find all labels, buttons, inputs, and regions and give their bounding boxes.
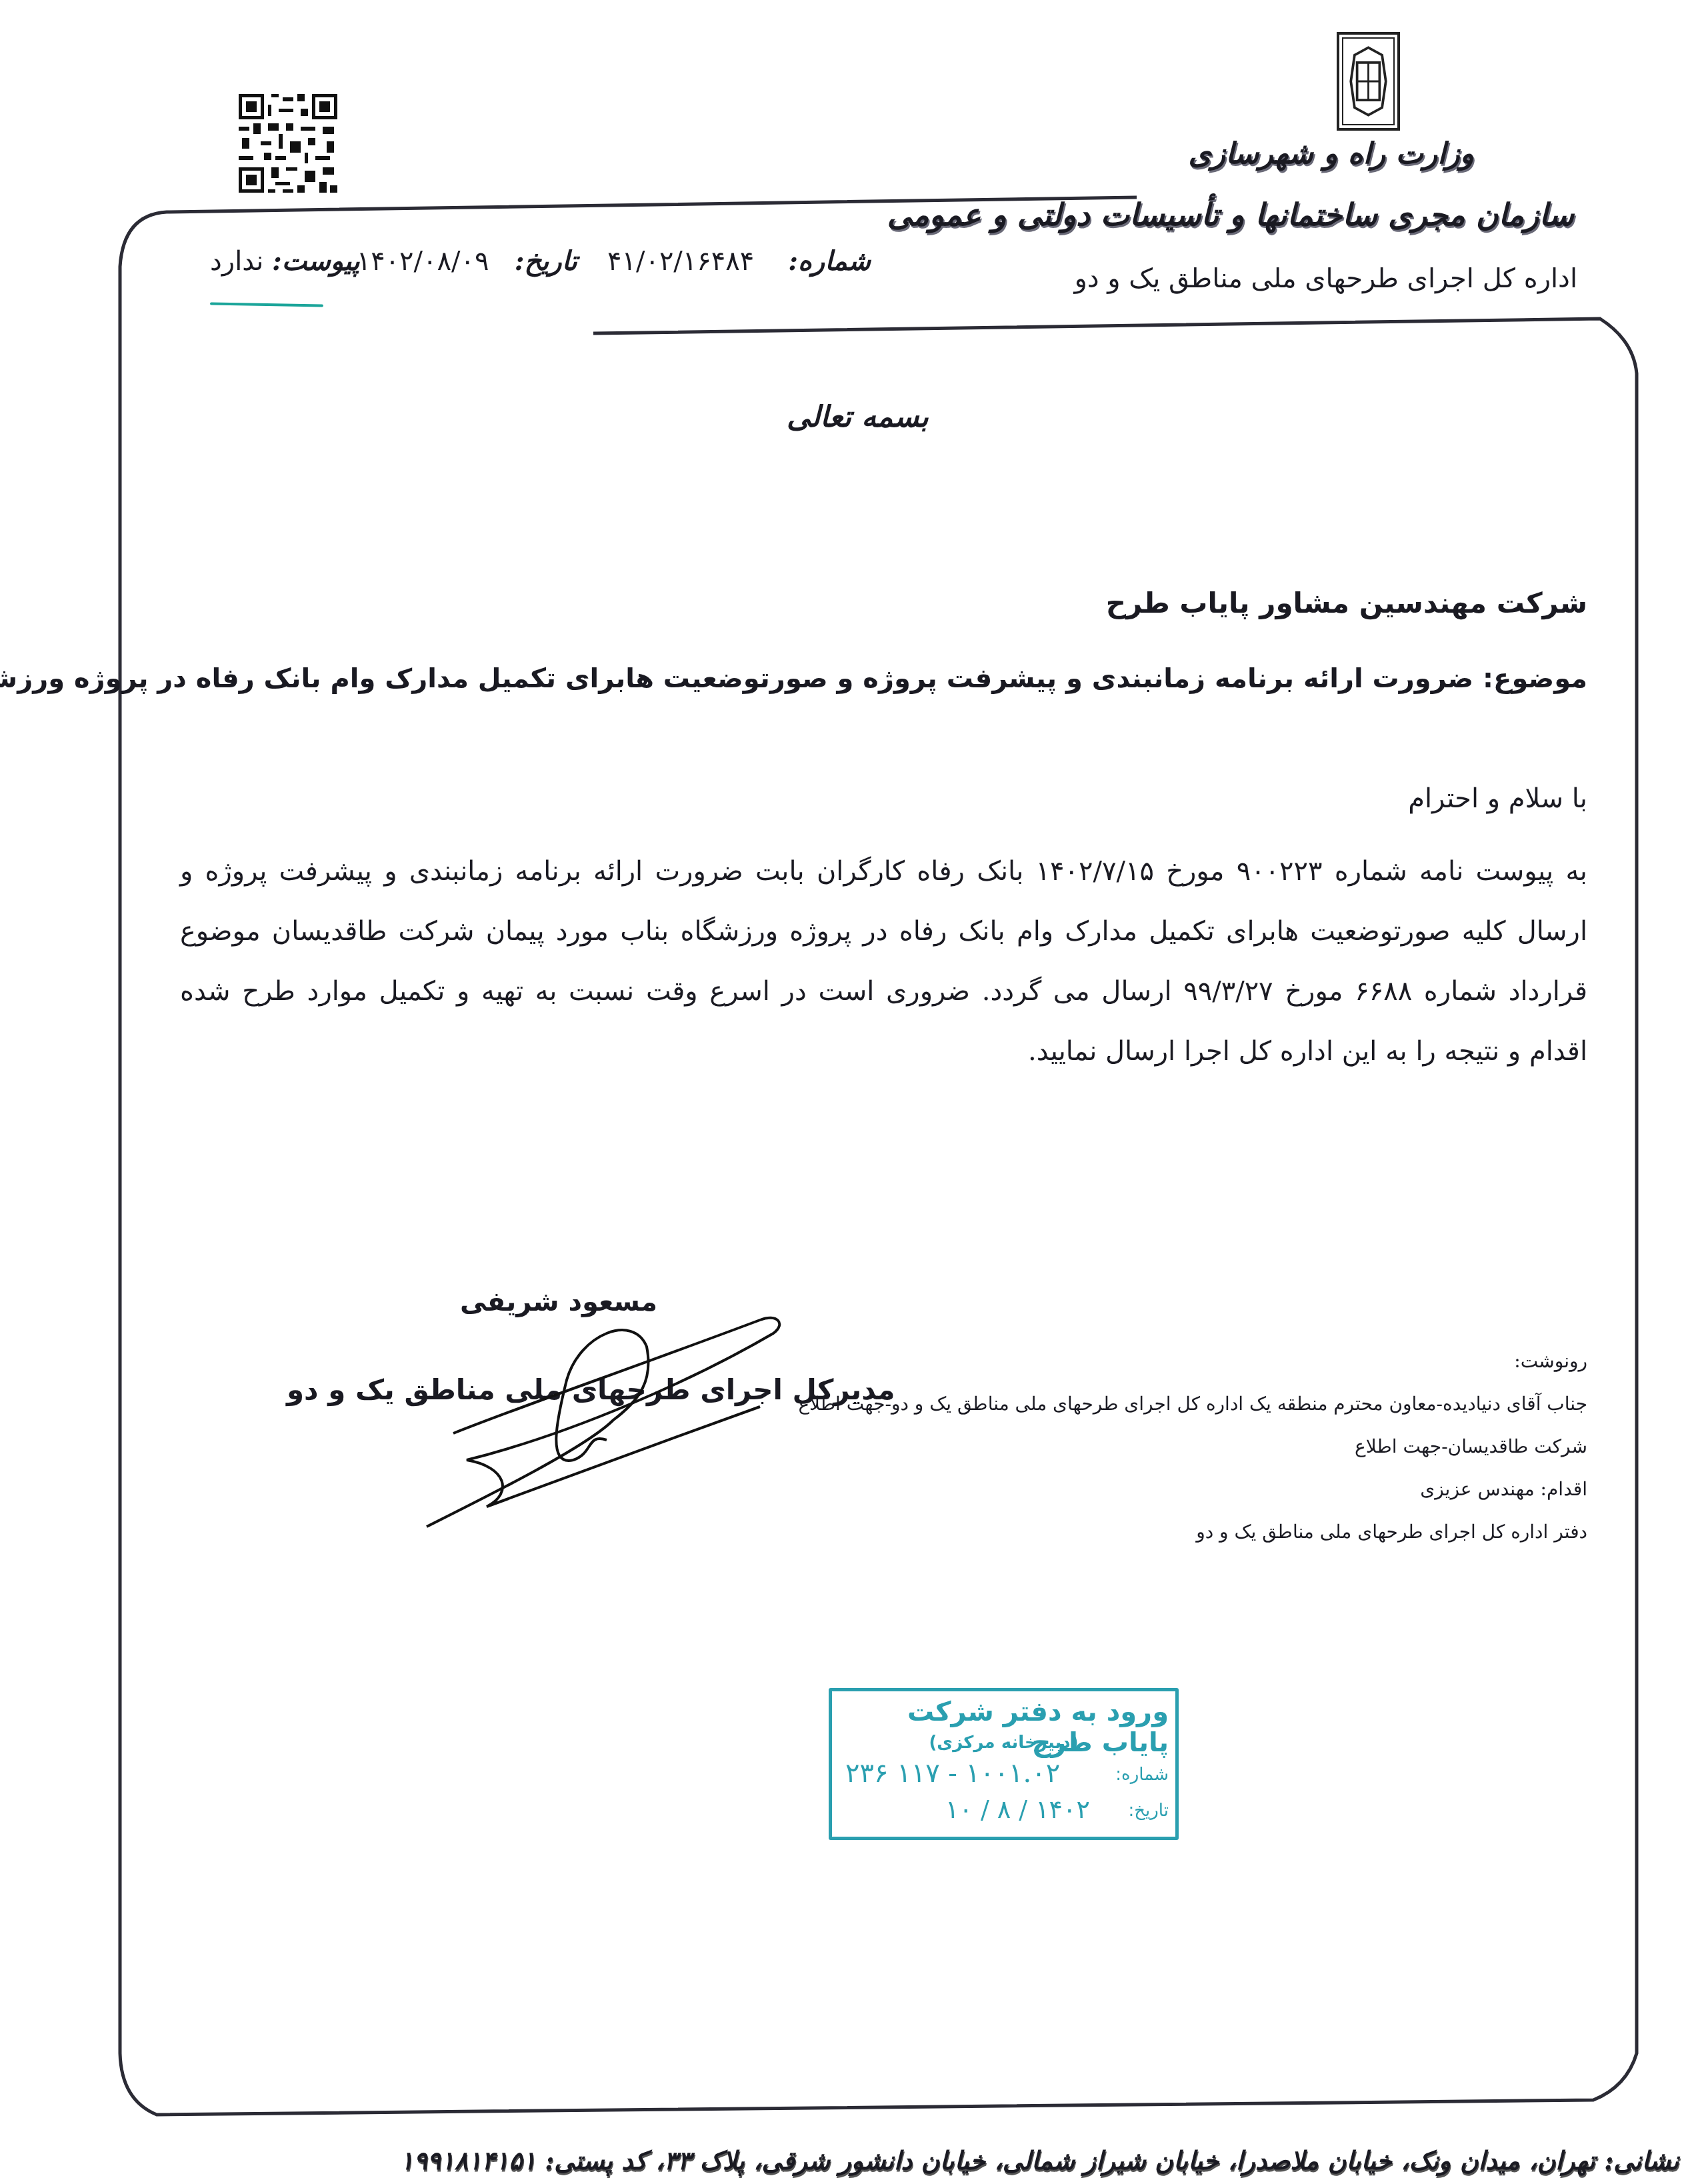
organization-name: سازمان مجری ساختمانها و تأسیسات دولتی و … [887, 197, 1574, 233]
stamp-date-value: ۱۴۰۲ / ۸ / ۱۰ [945, 1795, 1090, 1824]
date-label: تاریخ: [515, 245, 577, 277]
cc-item: جناب آقای دنیادیده-معاون محترم منطقه یک … [798, 1383, 1587, 1425]
receipt-stamp: ورود به دفتر شرکت پایاب طرح (دبیرخانه مر… [829, 1688, 1179, 1840]
date-value: ۱۴۰۲/۰۸/۰۹ [357, 246, 489, 277]
letter-body: به پیوست نامه شماره ۹۰۰۲۲۳ مورخ ۱۴۰۲/۷/۱… [180, 841, 1587, 1081]
stamp-number-value: ۱۰۰۱.۰۲ - ۱۱۷ ۲۳۶ [845, 1758, 1060, 1789]
cc-list: رونوشت: جناب آقای دنیادیده-معاون محترم م… [798, 1340, 1587, 1553]
letter-attachment: پیوست: ندارد [210, 245, 360, 277]
number-value: ۴۱/۰۲/۱۶۴۸۴ [607, 246, 754, 277]
letter-date: تاریخ: ۱۴۰۲/۰۸/۰۹ [357, 245, 577, 277]
attachment-label: پیوست: [272, 245, 359, 277]
cc-item: شرکت طاقدیسان-جهت اطلاع [798, 1425, 1587, 1468]
letter-number: شماره: ۴۱/۰۲/۱۶۴۸۴ [607, 245, 871, 277]
number-label: شماره: [788, 245, 871, 277]
basmala: بسمه تعالی [787, 400, 929, 434]
letter-frame [0, 0, 1684, 2184]
cc-item: دفتر اداره کل اجرای طرحهای ملی مناطق یک … [798, 1511, 1587, 1553]
cc-item: اقدام: مهندس عزیزی [798, 1468, 1587, 1511]
stamp-subtitle: (دبیرخانه مرکزی) [832, 1733, 1175, 1753]
qr-code-icon [235, 90, 341, 197]
subject-line: موضوع: ضرورت ارائه برنامه زمانبندی و پیش… [0, 663, 1587, 694]
attachment-value: ندارد [210, 246, 263, 277]
recipient: شرکت مهندسین مشاور پایاب طرح [1106, 587, 1587, 619]
cc-label: رونوشت: [798, 1340, 1587, 1383]
footer-address: نشانی: تهران، میدان ونک، خیابان ملاصدرا،… [400, 2145, 1679, 2175]
handwritten-signature-icon [413, 1307, 787, 1533]
ministry-logo [1337, 32, 1400, 131]
stamp-number-label: شماره: [1115, 1765, 1169, 1785]
stamp-date-label: تاریخ: [1129, 1801, 1169, 1821]
pen-underline [210, 303, 323, 307]
window-emblem-icon [1343, 39, 1393, 124]
greeting: با سلام و احترام [1408, 783, 1587, 814]
ministry-name: وزارت راه و شهرسازی [1188, 137, 1474, 171]
department-name: اداره کل اجرای طرحهای ملی مناطق یک و دو [1074, 263, 1577, 294]
